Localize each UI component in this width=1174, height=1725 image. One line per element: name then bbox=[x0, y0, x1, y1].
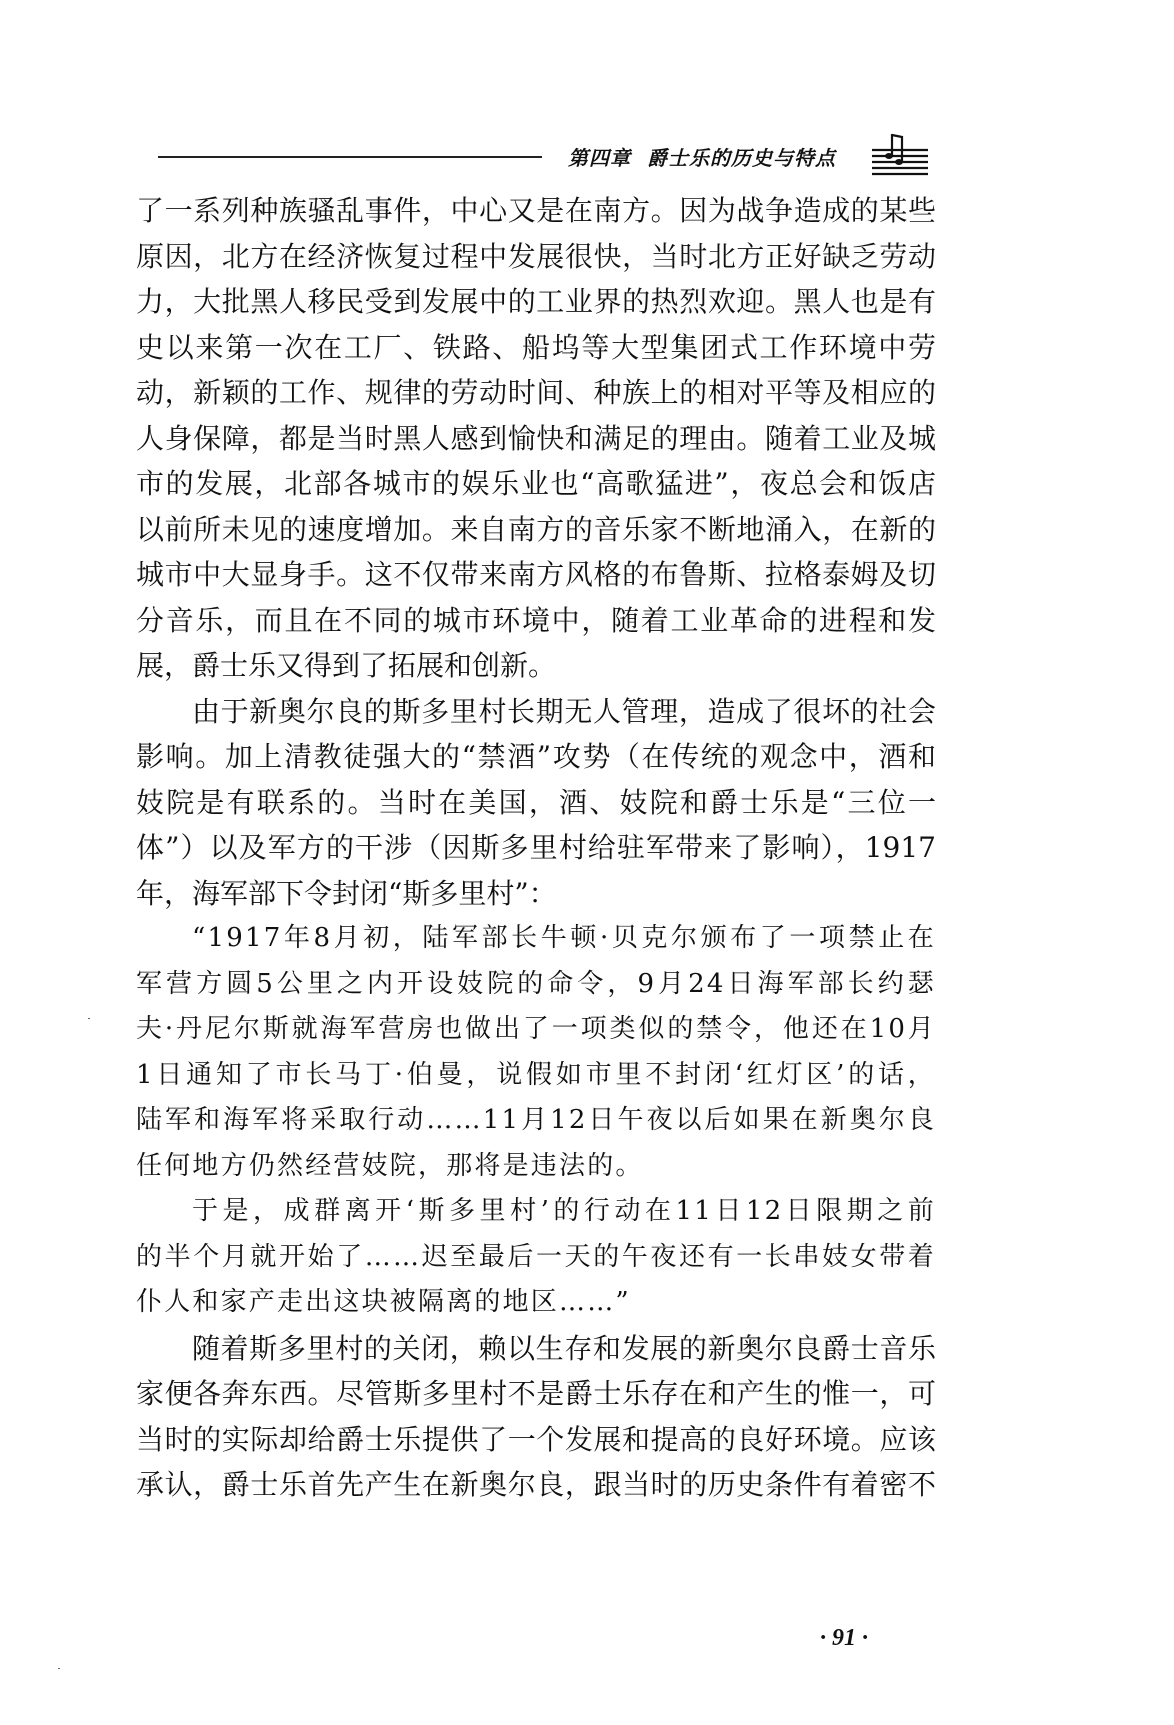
text-line: 市的发展，北部各城市的娱乐业也“高歌猛进”，夜总会和饭店 bbox=[136, 461, 936, 507]
quoted-text-line: 的半个月就开始了……迟至最后一天的午夜还有一长串妓女带着 bbox=[136, 1235, 936, 1281]
scan-speck bbox=[88, 1018, 90, 1019]
text-line: 当时的实际却给爵士乐提供了一个发展和提高的良好环境。应该 bbox=[136, 1417, 936, 1463]
quoted-text-line: 军营方圆5公里之内开设妓院的命令，9月24日海军部长约瑟 bbox=[136, 962, 936, 1008]
scan-speck bbox=[58, 1668, 60, 1669]
quoted-text-line: 陆军和海军将采取行动……11月12日午夜以后如果在新奥尔良 bbox=[136, 1098, 936, 1144]
text-line: 展，爵士乐又得到了拓展和创新。 bbox=[136, 643, 936, 689]
quoted-text-line: 夫·丹尼尔斯就海军营房也做出了一项类似的禁令，他还在10月 bbox=[136, 1007, 936, 1053]
text-line: 了一系列种族骚乱事件，中心又是在南方。因为战争造成的某些 bbox=[136, 188, 936, 234]
quoted-text-line: 1日通知了市长马丁·伯曼，说假如市里不封闭‘红灯区’的话， bbox=[136, 1053, 936, 1099]
chapter-label: 第四章 bbox=[568, 146, 631, 170]
header-rule bbox=[158, 156, 542, 158]
text-line: 由于新奥尔良的斯多里村长期无人管理，造成了很坏的社会 bbox=[136, 689, 936, 735]
quoted-text-line: “1917年8月初，陆军部长牛顿·贝克尔颁布了一项禁止在 bbox=[136, 916, 936, 962]
text-line: 原因，北方在经济恢复过程中发展很快，当时北方正好缺乏劳动 bbox=[136, 234, 936, 280]
text-line: 影响。加上清教徒强大的“禁酒”攻势（在传统的观念中，酒和 bbox=[136, 734, 936, 780]
quoted-text-line: 于是，成群离开‘斯多里村’的行动在11日12日限期之前 bbox=[136, 1189, 936, 1235]
text-line: 史以来第一次在工厂、铁路、船坞等大型集团式工作环境中劳 bbox=[136, 325, 936, 371]
body-text: 了一系列种族骚乱事件，中心又是在南方。因为战争造成的某些原因，北方在经济恢复过程… bbox=[136, 188, 936, 1508]
text-line: 分音乐，而且在不同的城市环境中，随着工业革命的进程和发 bbox=[136, 598, 936, 644]
chapter-title: 爵士乐的历史与特点 bbox=[647, 146, 836, 170]
text-line: 承认，爵士乐首先产生在新奥尔良，跟当时的历史条件有着密不 bbox=[136, 1462, 936, 1508]
quoted-text-line: 仆人和家产走出这块被隔离的地区……” bbox=[136, 1280, 936, 1326]
text-line: 年，海军部下令封闭“斯多里村”： bbox=[136, 871, 936, 917]
text-line: 力，大批黑人移民受到发展中的工业界的热烈欢迎。黑人也是有 bbox=[136, 279, 936, 325]
text-line: 体”）以及军方的干涉（因斯多里村给驻军带来了影响），1917 bbox=[136, 825, 936, 871]
music-staff-icon bbox=[870, 132, 930, 178]
text-line: 城市中大显身手。这不仅带来南方风格的布鲁斯、拉格泰姆及切 bbox=[136, 552, 936, 598]
text-line: 人身保障，都是当时黑人感到愉快和满足的理由。随着工业及城 bbox=[136, 416, 936, 462]
text-line: 随着斯多里村的关闭，赖以生存和发展的新奥尔良爵士音乐 bbox=[136, 1326, 936, 1372]
header-title: 第四章爵士乐的历史与特点 bbox=[568, 142, 836, 171]
text-line: 妓院是有联系的。当时在美国，酒、妓院和爵士乐是“三位一 bbox=[136, 780, 936, 826]
text-line: 以前所未见的速度增加。来自南方的音乐家不断地涌入，在新的 bbox=[136, 507, 936, 553]
text-line: 家便各奔东西。尽管斯多里村不是爵士乐存在和产生的惟一，可 bbox=[136, 1371, 936, 1417]
text-line: 动，新颖的工作、规律的劳动时间、种族上的相对平等及相应的 bbox=[136, 370, 936, 416]
page-number: · 91 · bbox=[820, 1625, 868, 1652]
quoted-text-line: 任何地方仍然经营妓院，那将是违法的。 bbox=[136, 1144, 936, 1190]
running-header: 第四章爵士乐的历史与特点 bbox=[150, 138, 940, 178]
